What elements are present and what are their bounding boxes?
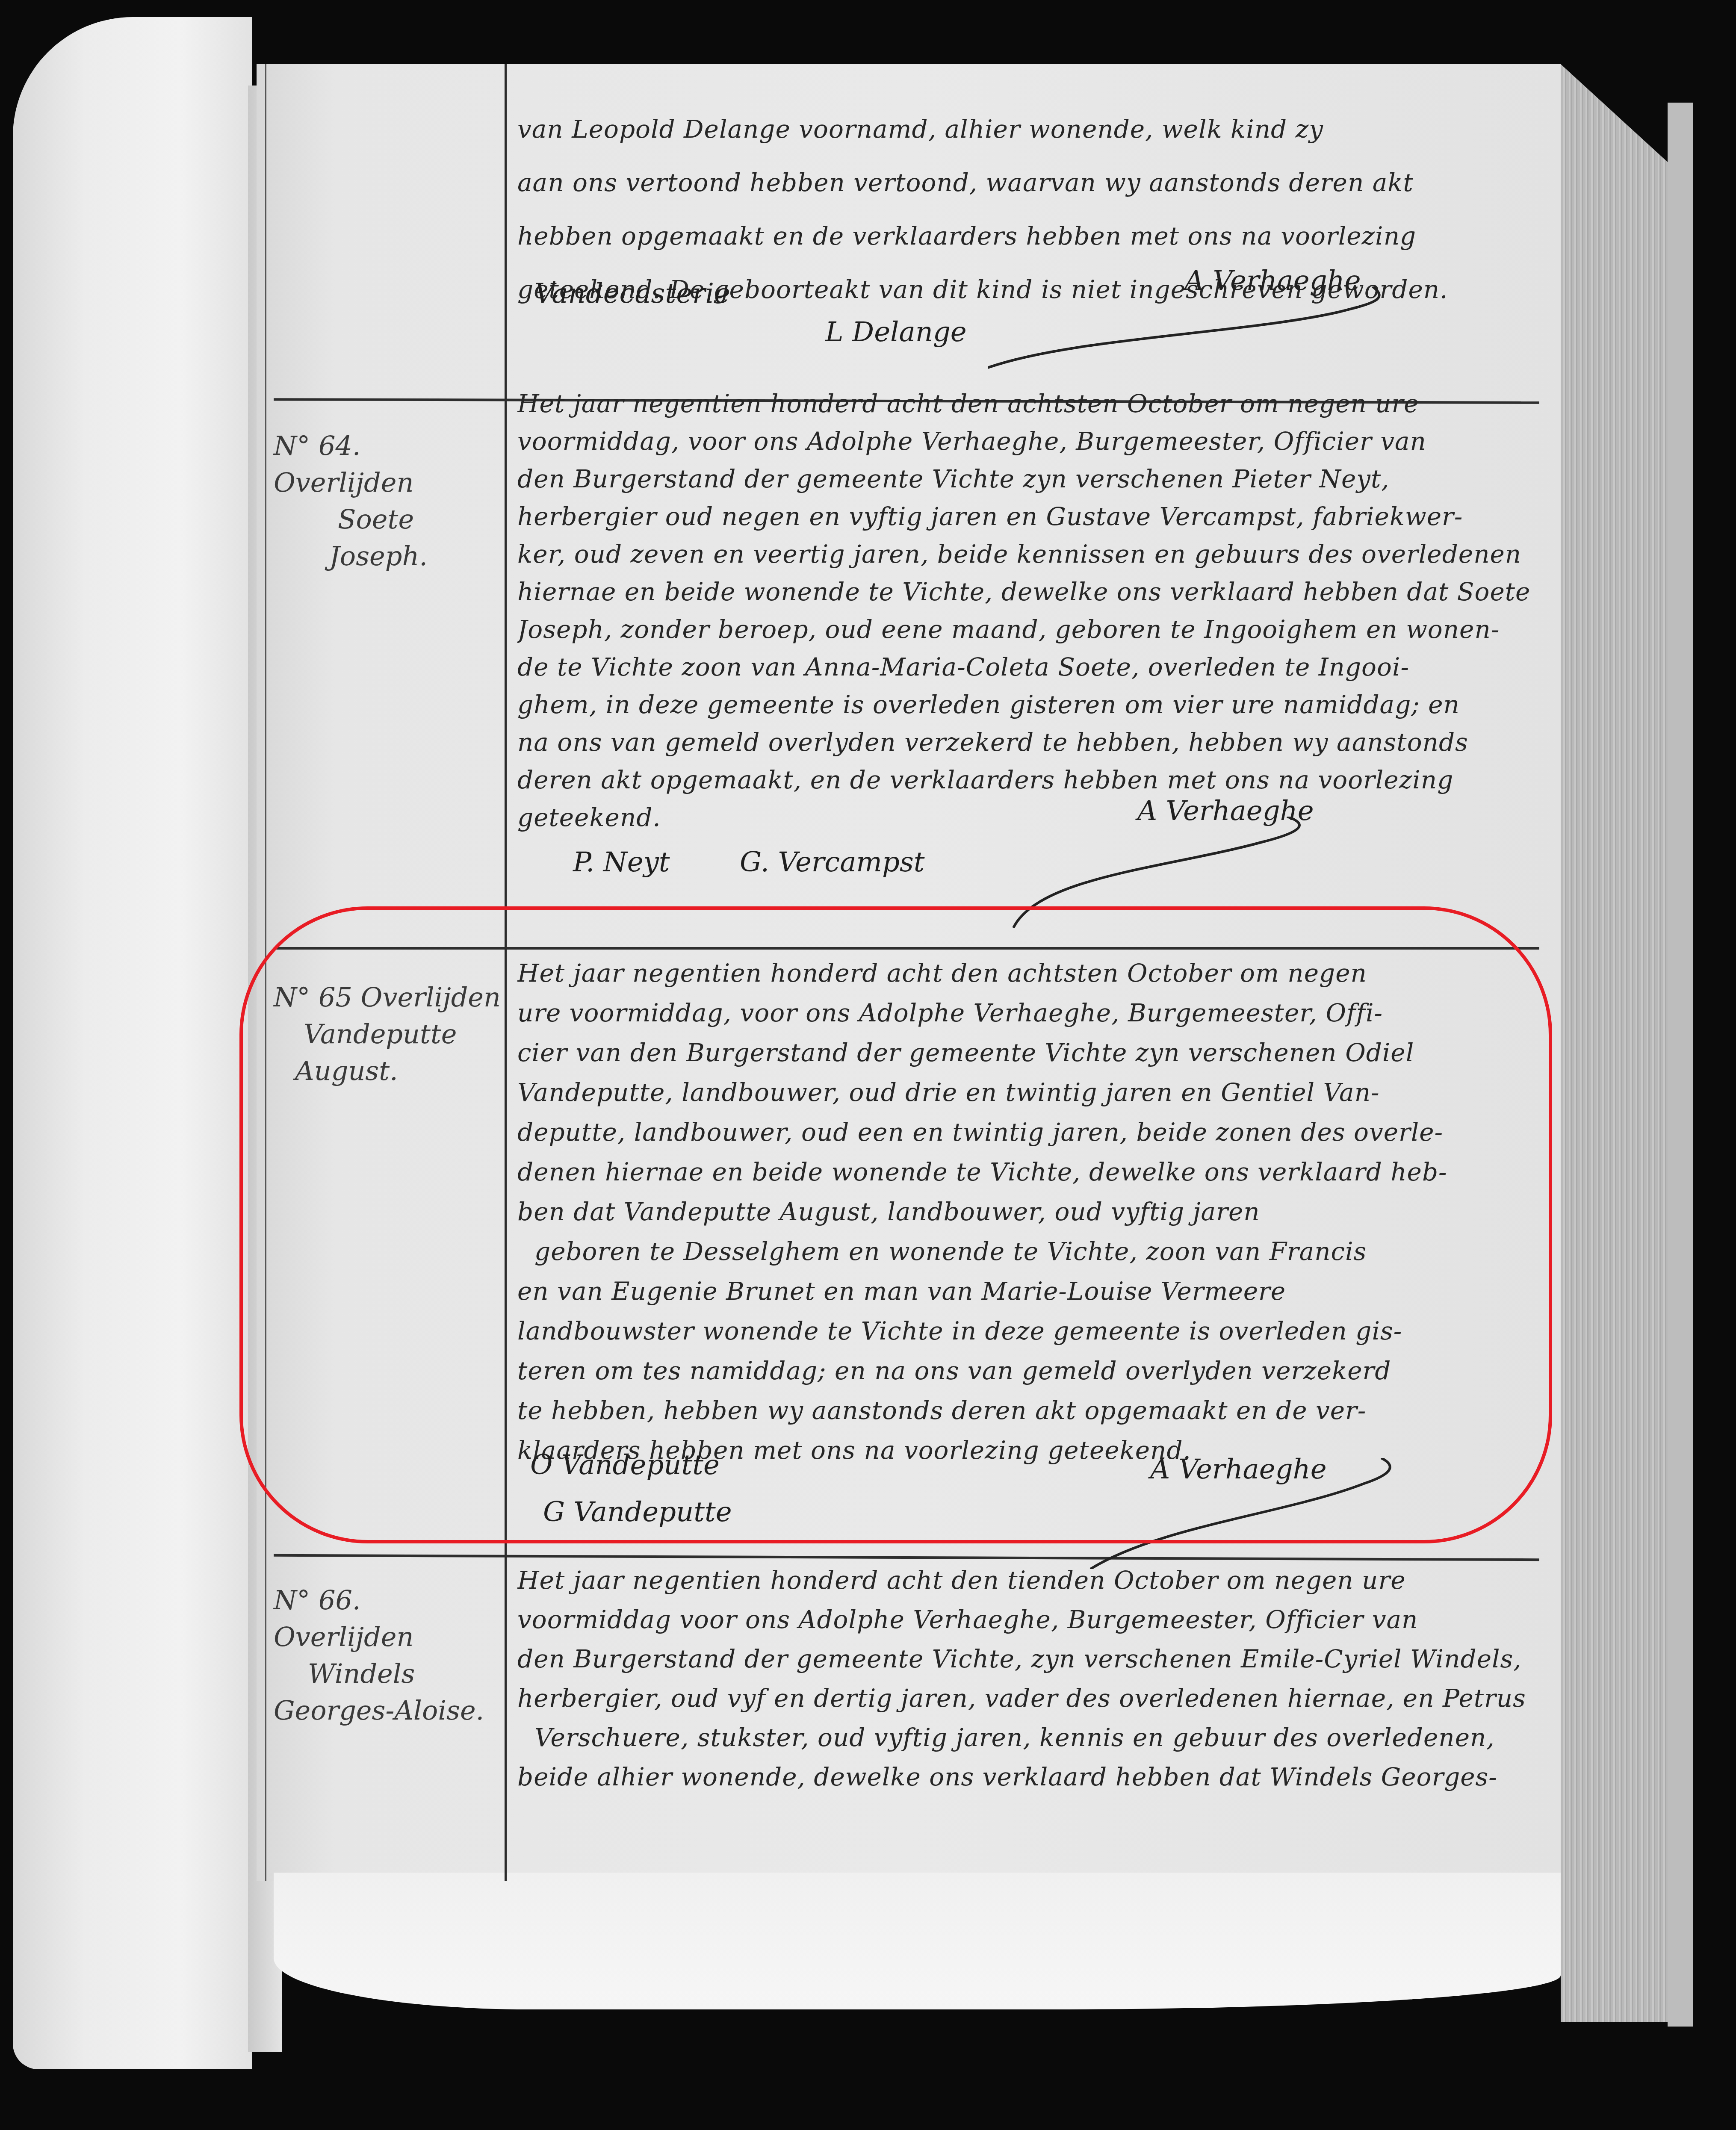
continuation-signatures: Vandecasterie L Delange A Verhaeghe	[517, 278, 1544, 389]
text-line: ure voormiddag, voor ons Adolphe Verhaeg…	[517, 993, 1544, 1033]
entry-separator-65	[274, 947, 1539, 950]
text-line: deren akt opgemaakt, en de verklaarders …	[517, 761, 1544, 799]
previous-page-leaf	[13, 17, 252, 2069]
signature-flourish-icon	[988, 286, 1415, 372]
deceased-surname: Windels	[274, 1655, 505, 1692]
page-stack-edge	[1561, 64, 1668, 2022]
page-lower-blank	[274, 1873, 1561, 2009]
text-line: aan ons vertoond hebben vertoond, waarva…	[517, 156, 1544, 209]
text-line: geboren te Desselghem en wonende te Vich…	[517, 1232, 1544, 1272]
text-line: Het jaar negentien honderd acht den acht…	[517, 953, 1544, 993]
text-line: herbergier oud negen en vyftig jaren en …	[517, 498, 1544, 535]
text-line: ben dat Vandeputte August, landbouwer, o…	[517, 1192, 1544, 1232]
text-line: Vandeputte, landbouwer, oud drie en twin…	[517, 1073, 1544, 1112]
text-line: van Leopold Delange voornamd, alhier won…	[517, 103, 1544, 156]
entry-number-title: N° 65 Overlijden	[274, 979, 505, 1016]
text-line: voormiddag, voor ons Adolphe Verhaeghe, …	[517, 422, 1544, 460]
text-line: en van Eugenie Brunet en man van Marie-L…	[517, 1272, 1544, 1311]
text-line: voormiddag voor ons Adolphe Verhaeghe, B…	[517, 1600, 1544, 1639]
text-line: den Burgerstand der gemeente Vichte zyn …	[517, 460, 1544, 498]
entry-65-signatures: O Vandeputte G Vandeputte A Verhaeghe	[517, 1449, 1544, 1561]
text-line: Het jaar negentien honderd acht den acht…	[517, 385, 1544, 422]
entry-66-text: Het jaar negentien honderd acht den tien…	[517, 1561, 1544, 1797]
text-line: te hebben, hebben wy aanstonds deren akt…	[517, 1391, 1544, 1431]
signature: P. Neyt	[573, 847, 670, 878]
deceased-given-name: Georges-Aloise.	[274, 1692, 505, 1729]
entry-number-title: N° 66. Overlijden	[274, 1582, 505, 1655]
deceased-surname: Vandeputte	[274, 1016, 505, 1053]
signature: O Vandeputte	[530, 1449, 720, 1481]
text-line: ker, oud zeven en veertig jaren, beide k…	[517, 535, 1544, 573]
entry-64-text: Het jaar negentien honderd acht den acht…	[517, 385, 1544, 836]
margin-column-rule	[505, 64, 507, 1881]
deceased-given-name: Joseph.	[274, 538, 505, 575]
text-line: den Burgerstand der gemeente Vichte, zyn…	[517, 1639, 1544, 1679]
left-page-rule	[265, 64, 266, 1881]
text-line: denen hiernae en beide wonende te Vichte…	[517, 1152, 1544, 1192]
margin-entry-65: N° 65 Overlijden Vandeputte August.	[274, 979, 505, 1089]
entry-65-text: Het jaar negentien honderd acht den acht…	[517, 953, 1544, 1470]
deceased-given-name: August.	[274, 1053, 505, 1089]
signature: L Delange	[825, 316, 967, 348]
text-line: landbouwster wonende te Vichte in deze g…	[517, 1311, 1544, 1351]
signature-flourish-icon	[1073, 1458, 1458, 1569]
signature: G Vandeputte	[543, 1496, 732, 1528]
text-line: na ons van gemeld overlyden verzekerd te…	[517, 723, 1544, 761]
text-line: ghem, in deze gemeente is overleden gist…	[517, 686, 1544, 723]
signature: G. Vercampst	[740, 847, 925, 878]
text-line: de te Vichte zoon van Anna-Maria-Coleta …	[517, 648, 1544, 686]
text-line: deputte, landbouwer, oud een en twintig …	[517, 1112, 1544, 1152]
text-line: hebben opgemaakt en de verklaarders hebb…	[517, 209, 1544, 263]
deceased-surname: Soete	[274, 501, 505, 538]
text-line: Verschuere, stukster, oud vyftig jaren, …	[517, 1718, 1544, 1757]
entry-number-title: N° 64. Overlijden	[274, 428, 505, 501]
text-line: hiernae en beide wonende te Vichte, dewe…	[517, 573, 1544, 611]
text-line: cier van den Burgerstand der gemeente Vi…	[517, 1033, 1544, 1073]
cover-board	[1668, 103, 1693, 2027]
text-line: beide alhier wonende, dewelke ons verkla…	[517, 1757, 1544, 1797]
signature-flourish-icon	[988, 817, 1373, 928]
margin-entry-64: N° 64. Overlijden Soete Joseph.	[274, 428, 505, 575]
text-line: teren om tes namiddag; en na ons van gem…	[517, 1351, 1544, 1391]
signature: Vandecasterie	[534, 278, 730, 310]
text-line: Het jaar negentien honderd acht den tien…	[517, 1561, 1544, 1600]
entry-64-signatures: P. Neyt G. Vercampst A Verhaeghe	[517, 834, 1544, 945]
margin-entry-66: N° 66. Overlijden Windels Georges-Aloise…	[274, 1582, 505, 1729]
text-line: Joseph, zonder beroep, oud eene maand, g…	[517, 611, 1544, 648]
text-line: herbergier, oud vyf en dertig jaren, vad…	[517, 1679, 1544, 1718]
